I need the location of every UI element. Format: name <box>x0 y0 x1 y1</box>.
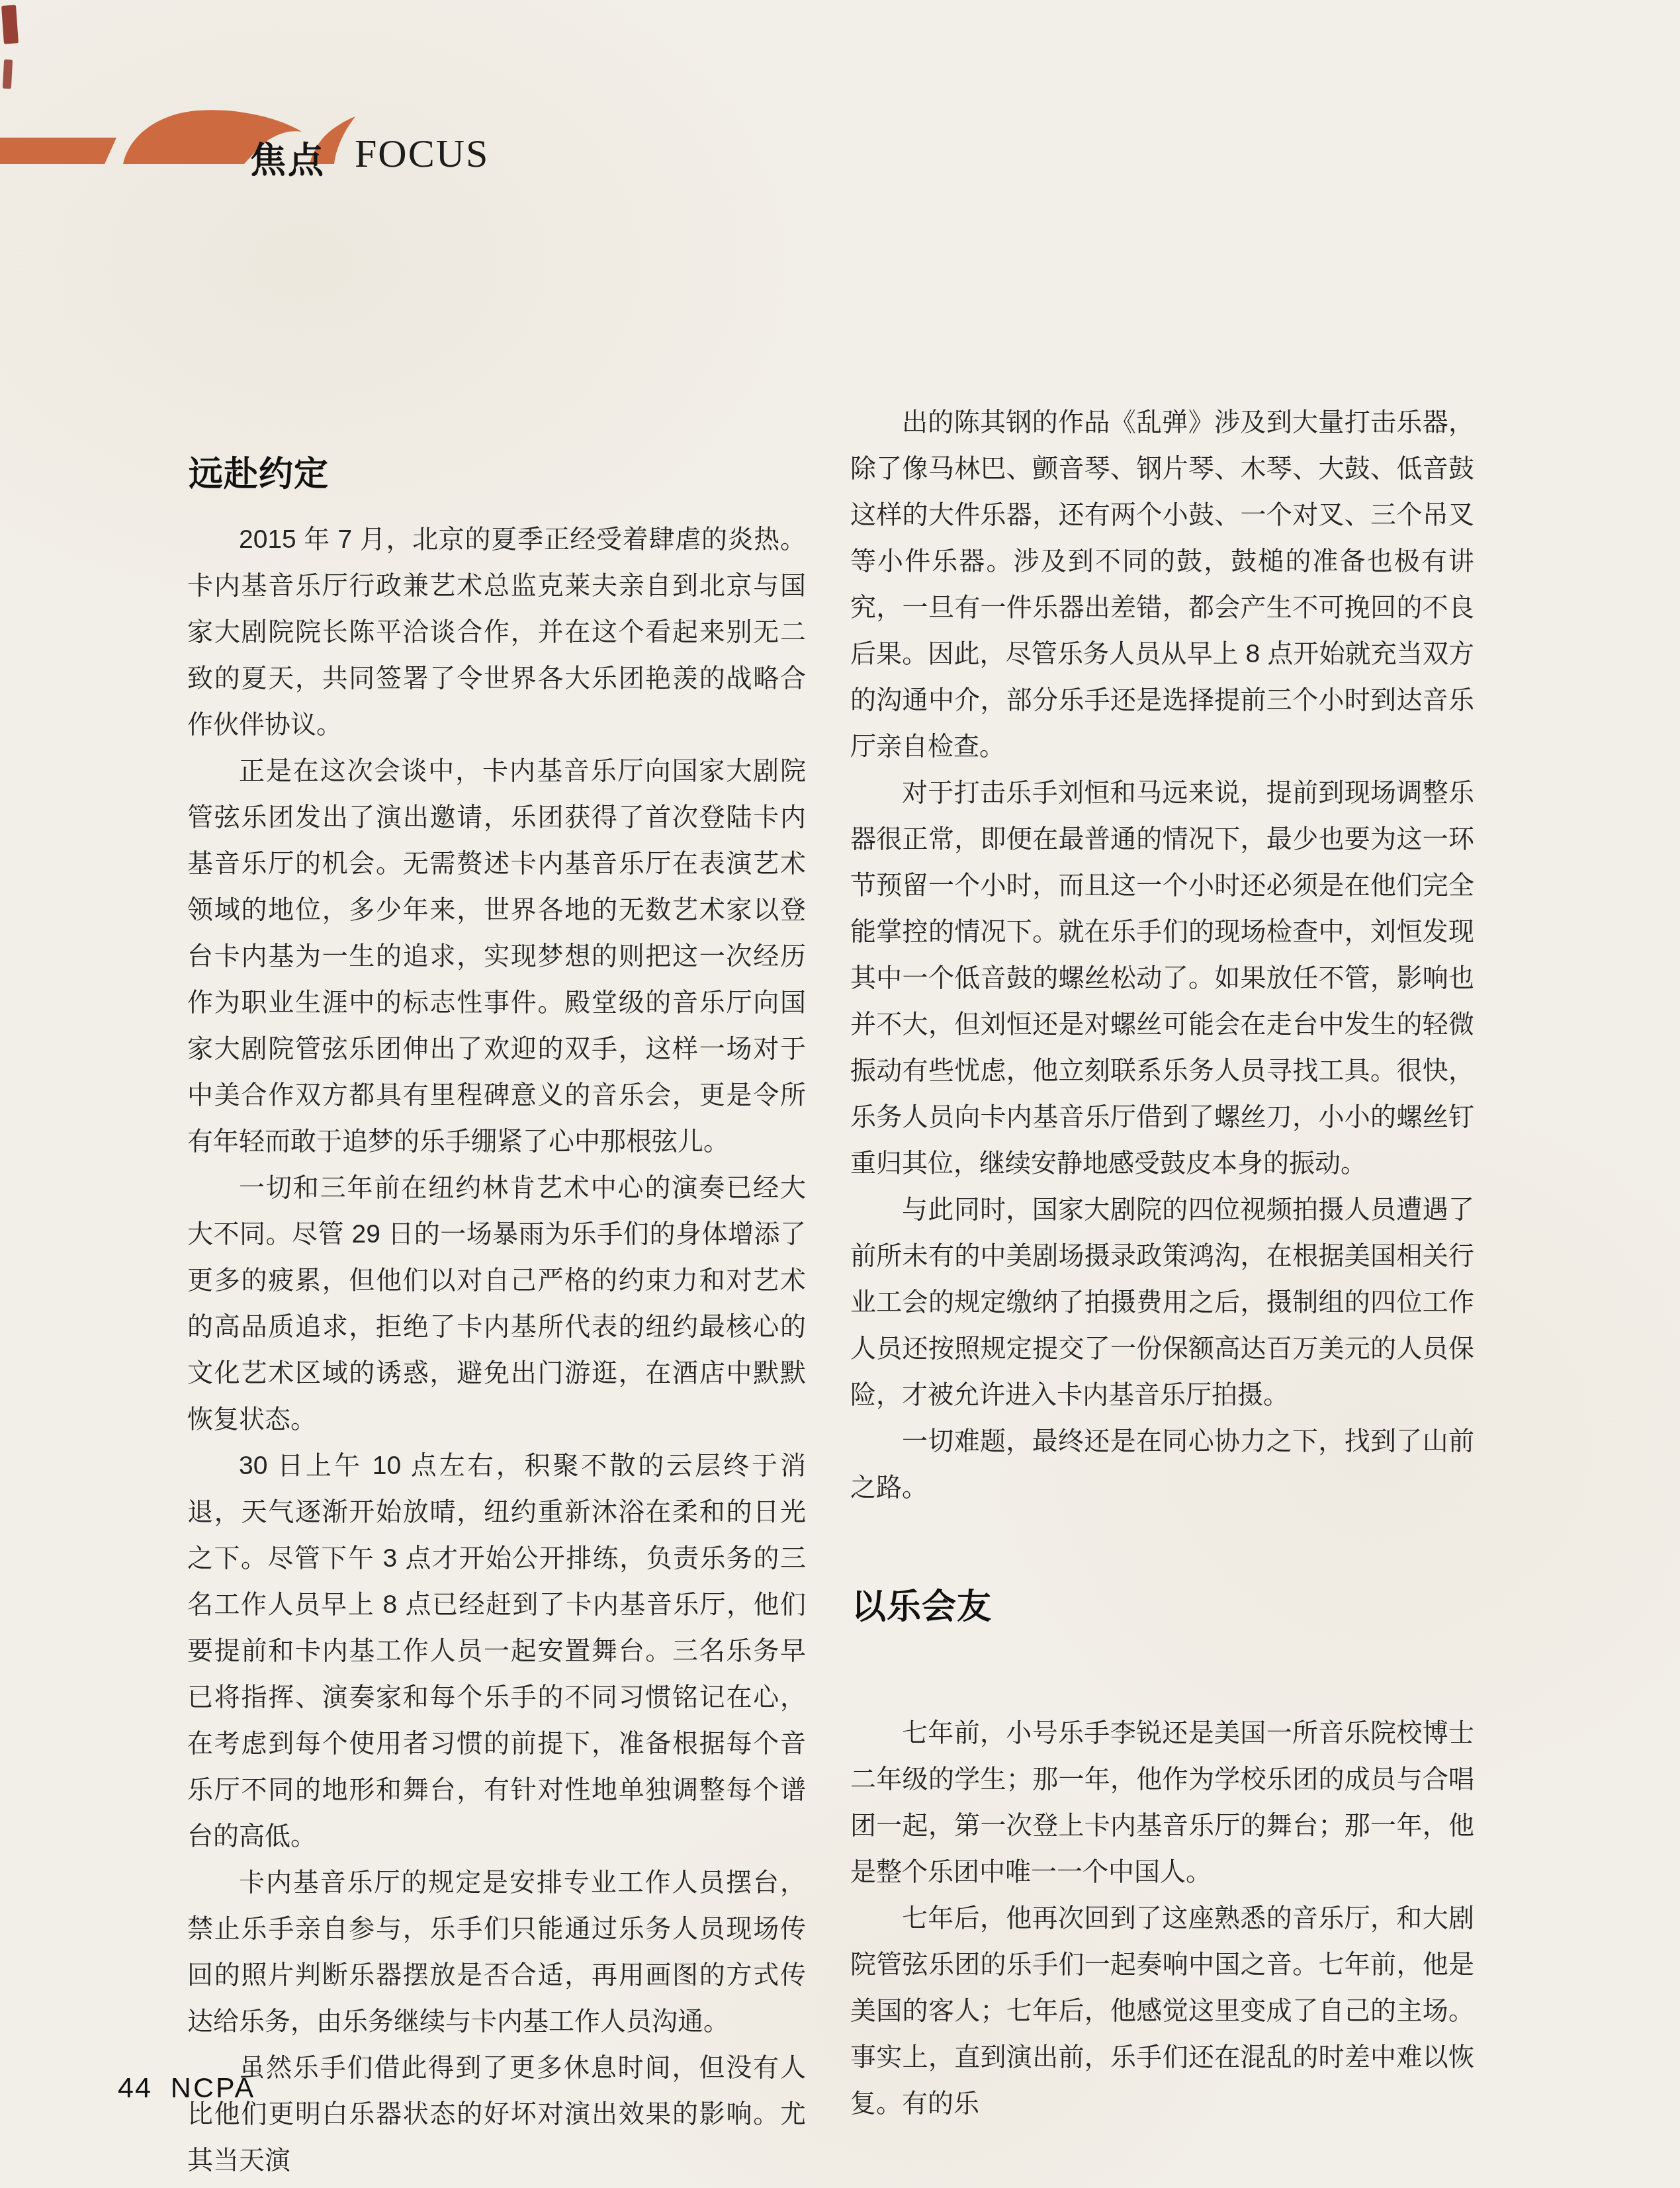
article-heading-2: 以乐会友 <box>852 1589 1474 1626</box>
article-column-right: 出的陈其钢的作品《乱弹》涉及到大量打击乐器，除了像马林巴、颤音琴、钢片琴、木琴、… <box>850 400 1474 2127</box>
section-title-cn: 焦点 <box>250 132 326 183</box>
paragraph: 2015 年 7 月，北京的夏季正经受着肆虐的炎热。卡内基音乐厅行政兼艺术总监克… <box>187 517 806 748</box>
paragraph: 正是在这次会谈中，卡内基音乐厅向国家大剧院管弦乐团发出了演出邀请，乐团获得了首次… <box>187 748 806 1165</box>
section-title-en: FOCUS <box>355 131 489 177</box>
paragraph: 对于打击乐手刘恒和马远来说，提前到现场调整乐器很正常，即便在最普通的情况下，最少… <box>850 770 1474 1187</box>
paragraph: 30 日上午 10 点左右，积聚不散的云层终于消退，天气逐渐开始放晴，纽约重新沐… <box>187 1443 806 1860</box>
paragraph: 与此同时，国家大剧院的四位视频拍摄人员遭遇了前所未有的中美剧场摄录政策鸿沟，在根… <box>850 1187 1474 1419</box>
magazine-abbreviation: NCPA <box>171 2072 255 2104</box>
spine-mark <box>3 60 13 89</box>
paragraph: 卡内基音乐厅的规定是安排专业工作人员摆台，禁止乐手亲自参与，乐手们只能通过乐务人… <box>187 1860 806 2045</box>
paragraph: 一切难题，最终还是在同心协力之下，找到了山前之路。 <box>850 1419 1474 1511</box>
article-column-left: 远赴约定 2015 年 7 月，北京的夏季正经受着肆虐的炎热。卡内基音乐厅行政兼… <box>187 457 806 2184</box>
spine-mark <box>1 5 19 44</box>
article-heading-1: 远赴约定 <box>189 457 806 493</box>
paragraph: 出的陈其钢的作品《乱弹》涉及到大量打击乐器，除了像马林巴、颤音琴、钢片琴、木琴、… <box>850 400 1474 770</box>
paragraph: 虽然乐手们借此得到了更多休息时间，但没有人比他们更明白乐器状态的好坏对演出效果的… <box>187 2045 806 2184</box>
masthead: 焦点 FOCUS <box>0 0 1680 198</box>
magazine-page: 焦点 FOCUS 远赴约定 2015 年 7 月，北京的夏季正经受着肆虐的炎热。… <box>0 0 1680 2188</box>
paragraph: 一切和三年前在纽约林肯艺术中心的演奏已经大大不同。尽管 29 日的一场暴雨为乐手… <box>187 1165 806 1443</box>
page-footer: 44NCPA <box>118 2072 255 2105</box>
paragraph: 七年后，他再次回到了这座熟悉的音乐厅，和大剧院管弦乐团的乐手们一起奏响中国之音。… <box>850 1896 1474 2127</box>
paragraph: 七年前，小号乐手李锐还是美国一所音乐院校博士二年级的学生；那一年，他作为学校乐团… <box>850 1710 1474 1896</box>
page-number: 44 <box>118 2072 152 2104</box>
